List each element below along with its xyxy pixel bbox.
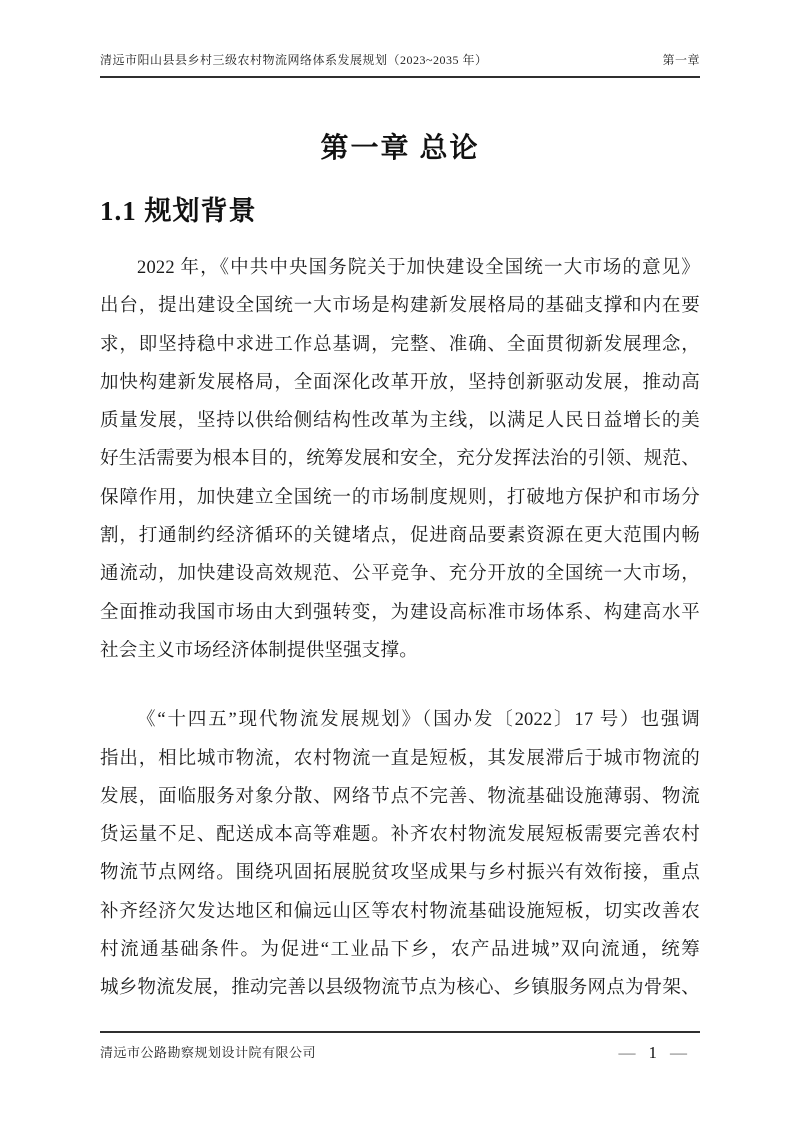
body-line: 发展，面临服务对象分散、网络节点不完善、物流基础设施薄弱、物流 [100,778,700,816]
page-header: 清远市阳山县县乡村三级农村物流网络体系发展规划（2023~2035 年） 第一章 [100,52,700,78]
body-line: 好生活需要为根本目的，统筹发展和安全，充分发挥法治的引领、规范、 [100,440,700,478]
page-number-value: 1 [649,1042,658,1064]
body-line: 出台，提出建设全国统一大市场是构建新发展格局的基础支撑和内在要 [100,287,700,325]
paragraph-2: 《“十四五”现代物流发展规划》（国办发〔2022〕17 号）也强调 指出，相比城… [100,701,700,1007]
header-doc-title: 清远市阳山县县乡村三级农村物流网络体系发展规划（2023~2035 年） [100,52,488,69]
footer-company: 清远市公路勘察规划设计院有限公司 [100,1042,316,1064]
body-text: 2022 年，《中共中央国务院关于加快建设全国统一大市场的意见》 出台，提出建设… [100,249,700,1008]
chapter-title: 第一章 总论 [100,132,700,166]
body-line: 货运量不足、配送成本高等难题。补齐农村物流发展短板需要完善农村 [100,816,700,854]
page-number: — 1 — [606,1042,701,1064]
body-line: 城乡物流发展，推动完善以县级物流节点为核心、乡镇服务网点为骨架、 [100,969,700,1007]
paragraph-1: 2022 年，《中共中央国务院关于加快建设全国统一大市场的意见》 出台，提出建设… [100,249,700,670]
body-line: 通流动，加快建设高效规范、公平竞争、充分开放的全国统一大市场， [100,555,700,593]
body-line: 加快构建新发展格局，全面深化改革开放，坚持创新驱动发展，推动高 [100,364,700,402]
body-line: 物流节点网络。围绕巩固拓展脱贫攻坚成果与乡村振兴有效衔接，重点 [100,854,700,892]
body-line: 全面推动我国市场由大到强转变，为建设高标准市场体系、构建高水平 [100,594,700,632]
body-line: 保障作用，加快建立全国统一的市场制度规则，打破地方保护和市场分 [100,479,700,517]
header-chapter-label: 第一章 [662,52,700,69]
body-line: 指出，相比城市物流，农村物流一直是短板，其发展滞后于城市物流的 [100,740,700,778]
body-line: 《“十四五”现代物流发展规划》（国办发〔2022〕17 号）也强调 [100,701,700,739]
body-line: 2022 年，《中共中央国务院关于加快建设全国统一大市场的意见》 [100,249,700,287]
body-line: 村流通基础条件。为促进“工业品下乡，农产品进城”双向流通，统筹 [100,931,700,969]
page-footer: 清远市公路勘察规划设计院有限公司 — 1 — [100,1042,700,1064]
body-line: 求，即坚持稳中求进工作总基调，完整、准确、全面贯彻新发展理念， [100,326,700,364]
document-page: 清远市阳山县县乡村三级农村物流网络体系发展规划（2023~2035 年） 第一章… [0,0,800,1132]
body-line: 补齐经济欠发达地区和偏远山区等农村物流基础设施短板，切实改善农 [100,893,700,931]
footer-rule [100,1031,700,1033]
page-number-dash-right: — [670,1042,687,1064]
body-line: 质量发展，坚持以供给侧结构性改革为主线，以满足人民日益增长的美 [100,402,700,440]
body-line: 割，打通制约经济循环的关键堵点，促进商品要素资源在更大范围内畅 [100,517,700,555]
body-line: 社会主义市场经济体制提供坚强支撑。 [100,632,700,670]
section-heading: 1.1 规划背景 [100,193,257,229]
page-number-dash-left: — [619,1042,636,1064]
